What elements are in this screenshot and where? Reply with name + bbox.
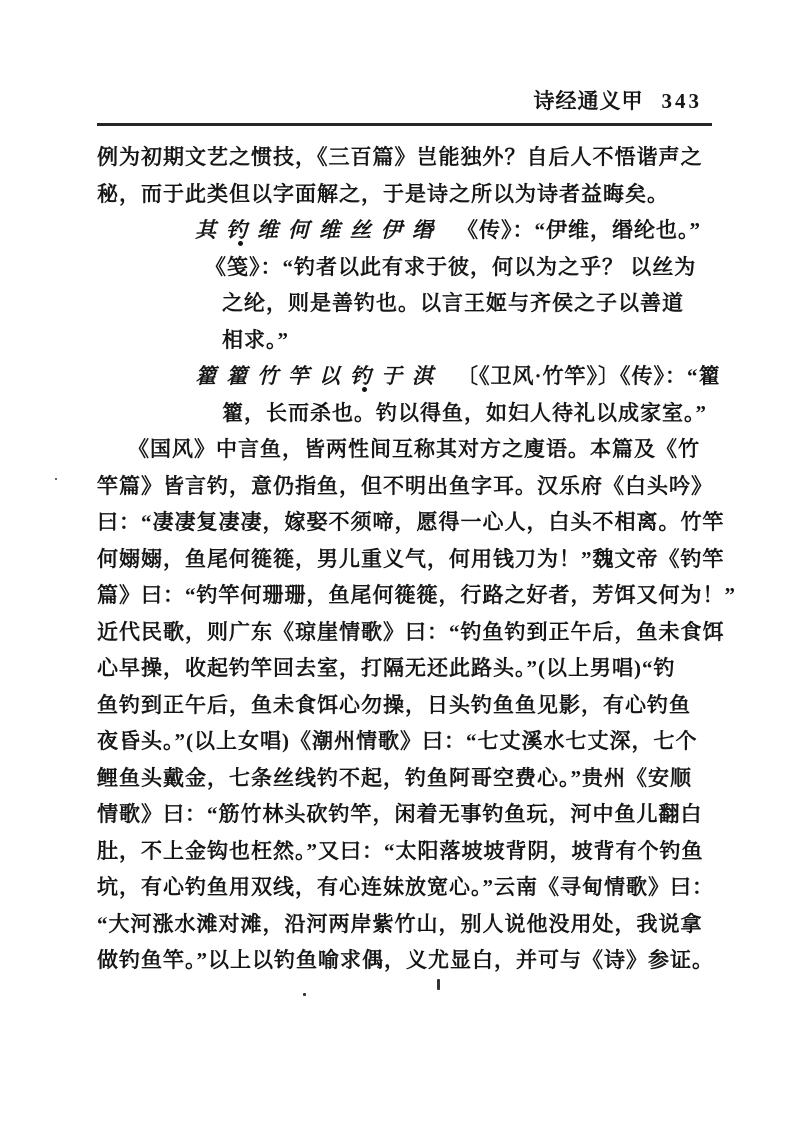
text-line: 曰：“凄凄复凄凄，嫁娶不须啼，愿得一心人，白头不相离。竹竿 xyxy=(97,504,712,541)
text-line: 《国风》中言鱼，皆两性间互称其对方之廋语。本篇及《竹 xyxy=(97,431,712,468)
text-segment: 坑，有心钓鱼用双线，有心连妹放宽心。”云南《寻甸情歌》曰： xyxy=(97,875,714,899)
text-segment: 之纶，则是善钓也。以言王姬与齐侯之子以善道 xyxy=(222,291,684,315)
text-line: 何嫋嫋，鱼尾何簁簁，男儿重义气，何用钱刀为！”魏文帝《钓竿 xyxy=(97,541,712,578)
text-segment: 鲤鱼头戴金，七条丝线钓不起，钓鱼阿哥空费心。”贵州《安顺 xyxy=(97,766,692,790)
text-segment: 情歌》曰：“筋竹林头砍钓竿，闲着无事钓鱼玩，河中鱼儿翻白 xyxy=(97,802,703,826)
text-line: 例为初期文艺之惯技，《三百篇》岂能独外？自后人不悟谐声之 xyxy=(97,139,712,176)
text-segment: 维何维丝伊缗 xyxy=(257,218,443,242)
text-line: 篇》曰：“钓竿何珊珊，鱼尾何簁簁，行路之好者，芳饵又何为！” xyxy=(97,577,712,614)
text-segment: 竿篇》皆言钓，意仍指鱼，但不明出鱼字耳。汉乐府《白头吟》 xyxy=(97,474,713,498)
text-line: 情歌》曰：“筋竹林头砍钓竿，闲着无事钓鱼玩，河中鱼儿翻白 xyxy=(97,796,712,833)
page-title: 诗经通义甲 xyxy=(534,89,644,113)
text-line: 之纶，则是善钓也。以言王姬与齐侯之子以善道 xyxy=(97,285,712,322)
book-page: 诗经通义甲343 例为初期文艺之惯技，《三百篇》岂能独外？自后人不悟谐声之秘，而… xyxy=(97,0,712,1133)
text-segment: 夜昏头。”(以上女唱)《潮州情歌》曰：“七丈溪水七丈深，七个 xyxy=(97,729,697,753)
text-segment: 篇》曰：“钓竿何珊珊，鱼尾何簁簁，行路之好者，芳饵又何为！” xyxy=(97,583,736,607)
text-segment: 于淇 xyxy=(381,364,443,388)
text-line: 近代民歌，则广东《琼崖情歌》曰：“钓鱼钓到正午后，鱼未食饵 xyxy=(97,614,712,651)
text-line: 籊籊竹竿以钓于淇〔《卫风·竹竿》〕《传》：“籊 xyxy=(97,358,712,395)
text-segment: 相求。” xyxy=(222,328,289,352)
text-segment: “大河涨水滩对滩，沿河两岸紫竹山，别人说他没用处，我说拿 xyxy=(97,912,703,936)
text-block: 例为初期文艺之惯技，《三百篇》岂能独外？自后人不悟谐声之秘，而于此类但以字面解之… xyxy=(97,139,712,979)
text-segment: 例为初期文艺之惯技，《三百篇》岂能独外？自后人不悟谐声之 xyxy=(97,145,703,169)
text-segment: 肚，不上金钩也枉然。”又曰：“太阳落坡坡背阴，坡背有个钓鱼 xyxy=(97,839,704,863)
text-line: 做钓鱼竿。”以上以钓鱼喻求偶，义尤显白，并可与《诗》参证。 xyxy=(97,942,712,979)
text-segment: 做钓鱼竿。”以上以钓鱼喻求偶，义尤显白，并可与《诗》参证。 xyxy=(97,948,714,972)
text-segment: 其 xyxy=(195,218,226,242)
running-header: 诗经通义甲343 xyxy=(97,88,712,114)
emphasized-char: 钓 xyxy=(350,364,381,388)
text-line: 鱼钓到正午后，鱼未食饵心勿操，日头钓鱼鱼见影，有心钓鱼 xyxy=(97,687,712,724)
text-line: 竿篇》皆言钓，意仍指鱼，但不明出鱼字耳。汉乐府《白头吟》 xyxy=(97,468,712,505)
text-segment: 《国风》中言鱼，皆两性间互称其对方之廋语。本篇及《竹 xyxy=(128,437,700,461)
text-segment: 何嫋嫋，鱼尾何簁簁，男儿重义气，何用钱刀为！”魏文帝《钓竿 xyxy=(97,547,725,571)
text-line: 鲤鱼头戴金，七条丝线钓不起，钓鱼阿哥空费心。”贵州《安顺 xyxy=(97,760,712,797)
text-segment: 《传》：“伊维，缗纶也。” xyxy=(457,218,701,242)
text-segment: 〔《卫风·竹竿》〕《传》：“籊 xyxy=(457,364,721,388)
text-line: 籊，长而杀也。钓以得鱼，如妇人待礼以成家室。” xyxy=(97,395,712,432)
text-line: 秘，而于此类但以字面解之，于是诗之所以为诗者益晦矣。 xyxy=(97,176,712,213)
text-segment: 秘，而于此类但以字面解之，于是诗之所以为诗者益晦矣。 xyxy=(97,182,669,206)
text-segment: 鱼钓到正午后，鱼未食饵心勿操，日头钓鱼鱼见影，有心钓鱼 xyxy=(97,693,691,717)
header-rule xyxy=(97,123,712,126)
text-line: 坑，有心钓鱼用双线，有心连妹放宽心。”云南《寻甸情歌》曰： xyxy=(97,869,712,906)
scan-speckle xyxy=(55,478,57,480)
text-line: 心早操，收起钓竿回去室，打隔无还此路头。”(以上男唱)“钓 xyxy=(97,650,712,687)
text-line: 其钓维何维丝伊缗《传》：“伊维，缗纶也。” xyxy=(97,212,712,249)
text-line: 《笺》：“钓者以此有求于彼，何以为之乎？ 以丝为 xyxy=(97,249,712,286)
text-segment: 曰：“凄凄复凄凄，嫁娶不须啼，愿得一心人，白头不相离。竹竿 xyxy=(97,510,725,534)
emphasized-char: 钓 xyxy=(226,218,257,242)
text-segment: 《笺》：“钓者以此有求于彼，何以为之乎？ 以丝为 xyxy=(205,255,696,279)
text-segment: 籊，长而杀也。钓以得鱼，如妇人待礼以成家室。” xyxy=(222,401,707,425)
text-segment: 籊籊竹竿以 xyxy=(195,364,350,388)
scan-speckle xyxy=(303,993,306,996)
text-line: 肚，不上金钩也枉然。”又曰：“太阳落坡坡背阴，坡背有个钓鱼 xyxy=(97,833,712,870)
text-line: 相求。” xyxy=(97,322,712,359)
text-segment: 近代民歌，则广东《琼崖情歌》曰：“钓鱼钓到正午后，鱼未食饵 xyxy=(97,620,725,644)
scan-speckle xyxy=(437,979,440,990)
text-line: 夜昏头。”(以上女唱)《潮州情歌》曰：“七丈溪水七丈深，七个 xyxy=(97,723,712,760)
page-number: 343 xyxy=(662,89,703,113)
text-segment: 心早操，收起钓竿回去室，打隔无还此路头。”(以上男唱)“钓 xyxy=(97,656,675,680)
text-line: “大河涨水滩对滩，沿河两岸紫竹山，别人说他没用处，我说拿 xyxy=(97,906,712,943)
